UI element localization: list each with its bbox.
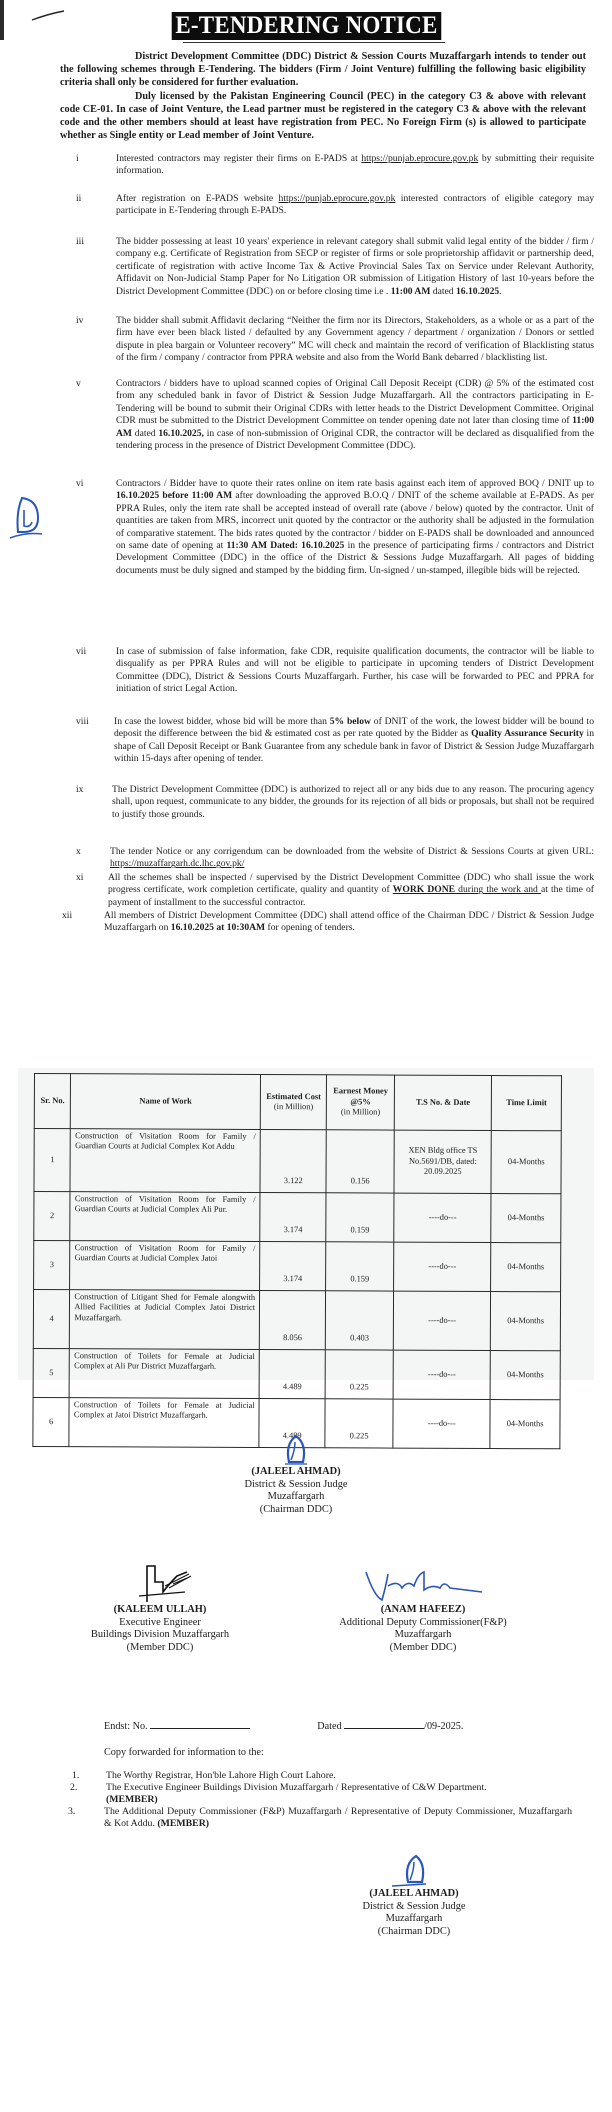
clause-number: ix [76,784,106,796]
table-header-row: Sr. No. Name of Work Estimated Cost(in M… [34,1074,561,1131]
header-sr: Sr. No. [34,1074,71,1129]
list-item: 1. The Worthy Registrar, Hon'ble Lahore … [60,1770,572,1782]
clause-text: All the schemes shall be inspected / sup… [108,872,594,909]
clause-text: Contractors / bidders have to upload sca… [116,378,594,452]
tender-notice-page: E-TENDERING NOTICE District Development … [0,0,612,2112]
clause-text: The bidder possessing at least 10 years'… [116,236,594,298]
header-time: Time Limit [492,1075,562,1130]
courts-website-link[interactable]: https://muzaffargarh.dc.lhc.gov.pk/ [110,858,244,869]
clause-text: The District Development Committee (DDC)… [112,784,594,821]
clause-text: In case the lowest bidder, whose bid wil… [114,716,594,766]
epads-link[interactable]: https://punjab.eprocure.gov.pk [361,153,478,164]
clause-number: xii [62,910,92,922]
header-ts: T.S No. & Date [394,1075,492,1130]
signatory-name: (ANAM HAFEEZ) [318,1604,528,1617]
clause-number: viii [76,716,106,728]
header-name: Name of Work [71,1074,261,1130]
title-block: E-TENDERING NOTICE [0,12,612,40]
clause-text: Contractors / Bidder have to quote their… [116,478,594,577]
list-item: 3. The Additional Deputy Commissioner (F… [60,1806,572,1830]
header-cost: Estimated Cost(in Million) [260,1074,326,1129]
signature-icon [358,1566,488,1604]
signature-icon [281,1432,311,1466]
table-row: 1 Construction of Visitation Room for Fa… [34,1129,561,1194]
clause-text: Interested contractors may register thei… [116,153,594,178]
copy-forward-list: 1. The Worthy Registrar, Hon'ble Lahore … [60,1770,572,1830]
clause-number: vi [76,478,106,490]
table-row: 2 Construction of Visitation Room for Fa… [34,1192,561,1243]
signature-block-chairman-bottom: (JALEEL AHMAD) District & Session Judge … [344,1852,484,1938]
table-row: 3 Construction of Visitation Room for Fa… [34,1241,561,1292]
clause-text: In case of submission of false informati… [116,646,594,696]
signature-block-adc: (ANAM HAFEEZ) Additional Deputy Commissi… [318,1566,528,1654]
title-underline [183,42,445,43]
copy-heading: Copy forwarded for information to the: [104,1747,264,1758]
clause-number: vii [76,646,106,658]
dated-blank [344,1718,424,1729]
endorsement-line: Endst: No. Dated /09-2025. [104,1718,544,1732]
page-title: E-TENDERING NOTICE [171,12,440,40]
signatory-name: (JALEEL AHMAD) [344,1888,484,1901]
works-table: Sr. No. Name of Work Estimated Cost(in M… [32,1073,562,1449]
clause-text: After registration on E-PADS website htt… [116,193,594,218]
clause-number: x [76,846,106,858]
table-row: 5 Construction of Toilets for Female at … [33,1348,560,1399]
clause-number: xi [76,872,106,884]
table-row: 4 Construction of Litigant Shed for Fema… [33,1290,560,1351]
clause-text: All members of District Development Comm… [104,910,594,935]
signature-icon [125,1562,195,1604]
clause-number: i [76,153,106,165]
intro-paragraph-2: Duly licensed by the Pakistan Engineerin… [60,90,586,142]
endst-number-blank [150,1718,250,1729]
signature-block-chairman: (JALEEL AHMAD) District & Session Judge … [226,1432,366,1516]
clause-text: The tender Notice or any corrigendum can… [110,846,594,871]
clause-number: ii [76,193,106,205]
list-item: 2. The Executive Engineer Buildings Divi… [60,1782,572,1806]
initials-signature-icon [8,492,48,542]
intro-paragraph-1: District Development Committee (DDC) Dis… [60,50,586,89]
intro-section: District Development Committee (DDC) Dis… [60,50,586,142]
clause-number: iv [76,315,106,327]
signature-icon [390,1852,438,1888]
header-earnest: Earnest Money @5%(in Million) [327,1075,395,1130]
signatory-name: (KALEEM ULLAH) [70,1604,250,1617]
clause-number: v [76,378,106,390]
signature-block-xen: (KALEEM ULLAH) Executive Engineer Buildi… [70,1562,250,1654]
epads-link[interactable]: https://punjab.eprocure.gov.pk [279,193,396,204]
clause-text: The bidder shall submit Affidavit declar… [116,315,594,365]
clause-number: iii [76,236,106,248]
signatory-name: (JALEEL AHMAD) [226,1466,366,1479]
